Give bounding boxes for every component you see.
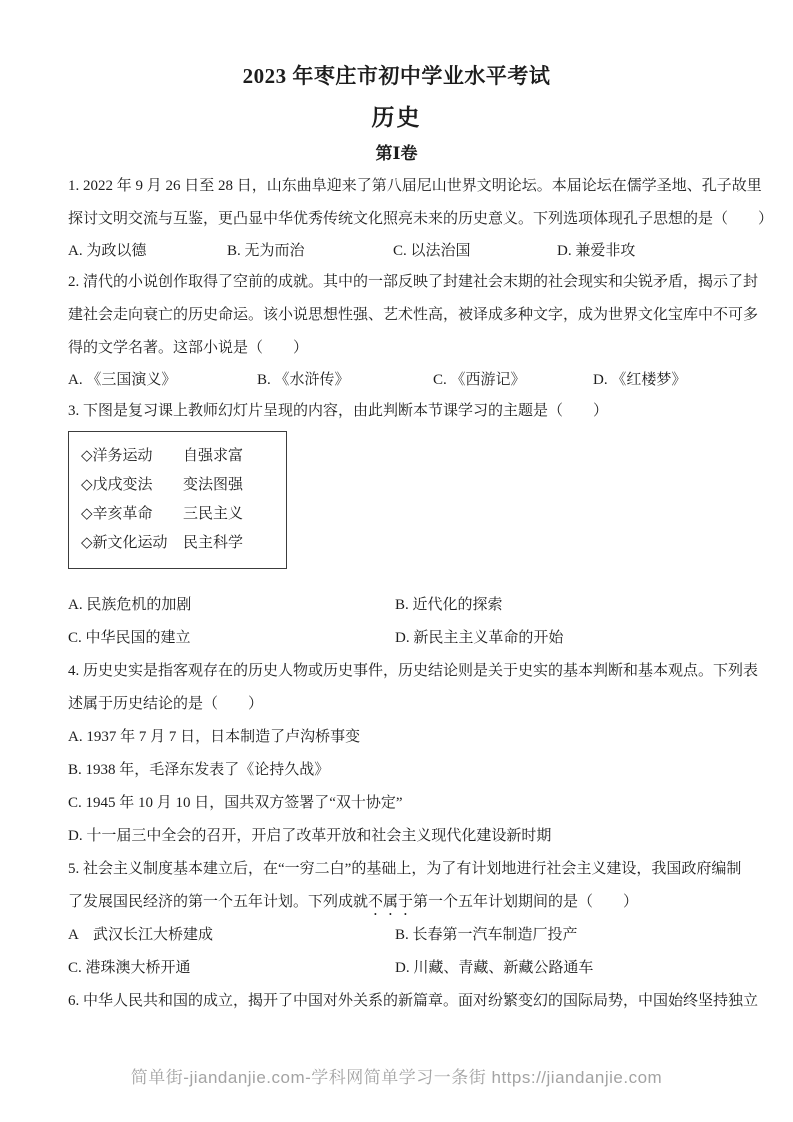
question-5-option-a: A 武汉长江大桥建成 <box>68 919 395 952</box>
question-4-option-c: C. 1945 年 10 月 10 日，国共双方签署了“双十协定” <box>68 787 730 820</box>
question-5-option-c: C. 港珠澳大桥开通 <box>68 952 395 985</box>
slide-theme-label: 三民主义 <box>183 500 286 529</box>
slide-event: ◇新文化运动 <box>81 529 183 558</box>
watermark-footer: 简单街-jiandanjie.com-学科网简单学习一条街 https://ji… <box>0 1063 793 1088</box>
diamond-bullet-icon: ◇ <box>81 506 93 522</box>
question-5-option-b: B. 长春第一汽车制造厂投产 <box>395 919 730 952</box>
question-5-text-pre: 了发展国民经济的第一个五年计划。下列成就 <box>68 886 368 919</box>
question-4-option-a: A. 1937 年 7 月 7 日，日本制造了卢沟桥事变 <box>68 721 730 754</box>
question-3-option-b: B. 近代化的探索 <box>395 589 730 622</box>
question-2-option-a: A. 《三国演义》 <box>68 365 257 395</box>
question-6: 6. 中华人民共和国的成立，揭开了中国对外关系的新篇章。面对纷繁变幻的国际局势，… <box>68 985 730 1018</box>
slide-row-wuxu: ◇戊戌变法 变法图强 <box>81 471 286 500</box>
slide-event: ◇洋务运动 <box>81 442 183 471</box>
question-3-text-line-1: 3. 下图是复习课上教师幻灯片呈现的内容，由此判断本节课学习的主题是（ ） <box>68 395 730 428</box>
question-3-option-c: C. 中华民国的建立 <box>68 622 395 655</box>
exam-paper-page: 2023 年枣庄市初中学业水平考试 历史 第Ⅰ卷 1. 2022 年 9 月 2… <box>0 0 793 1122</box>
question-1-option-a: A. 为政以德 <box>68 236 227 266</box>
question-5-options-row-2: C. 港珠澳大桥开通 D. 川藏、青藏、新藏公路通车 <box>68 952 730 985</box>
exam-header: 2023 年枣庄市初中学业水平考试 历史 第Ⅰ卷 <box>0 0 793 164</box>
slide-row-yangwu: ◇洋务运动 自强求富 <box>81 442 286 471</box>
exam-subject: 历史 <box>0 99 793 132</box>
question-2-options: A. 《三国演义》 B. 《水浒传》 C. 《西游记》 D. 《红楼梦》 <box>68 365 730 395</box>
exam-body: 1. 2022 年 9 月 26 日至 28 日，山东曲阜迎来了第八届尼山世界文… <box>68 170 730 1018</box>
question-1: 1. 2022 年 9 月 26 日至 28 日，山东曲阜迎来了第八届尼山世界文… <box>68 170 730 266</box>
question-5: 5. 社会主义制度基本建立后，在“一穷二白”的基础上，为了有计划地进行社会主义建… <box>68 853 730 985</box>
slide-event-label: 辛亥革命 <box>93 506 153 522</box>
diamond-bullet-icon: ◇ <box>81 477 93 493</box>
question-5-emphasized-text: 不属于 <box>368 886 413 919</box>
question-2-text-line-1: 2. 清代的小说创作取得了空前的成就。其中的一部反映了封建社会末期的社会现实和尖… <box>68 266 730 299</box>
question-1-option-b: B. 无为而治 <box>227 236 393 266</box>
exam-title: 2023 年枣庄市初中学业水平考试 <box>0 60 793 90</box>
slide-event-label: 戊戌变法 <box>93 477 153 493</box>
question-1-option-d: D. 兼爱非攻 <box>557 236 730 266</box>
question-6-text-line-1: 6. 中华人民共和国的成立，揭开了中国对外关系的新篇章。面对纷繁变幻的国际局势，… <box>68 985 730 1018</box>
question-4-text-line-2: 述属于历史结论的是（ ） <box>68 688 730 721</box>
question-4-text-line-1: 4. 历史史实是指客观存在的历史人物或历史事件，历史结论则是关于史实的基本判断和… <box>68 655 730 688</box>
question-5-text-post: 第一个五年计划期间的是（ ） <box>413 886 638 919</box>
question-5-text-line-1: 5. 社会主义制度基本建立后，在“一穷二白”的基础上，为了有计划地进行社会主义建… <box>68 853 730 886</box>
question-4: 4. 历史史实是指客观存在的历史人物或历史事件，历史结论则是关于史实的基本判断和… <box>68 655 730 853</box>
slide-event-label: 洋务运动 <box>93 448 153 464</box>
question-3-option-d: D. 新民主主义革命的开始 <box>395 622 730 655</box>
slide-theme-label: 变法图强 <box>183 471 286 500</box>
question-2-text-line-3: 得的文学名著。这部小说是（ ） <box>68 332 730 365</box>
question-2: 2. 清代的小说创作取得了空前的成就。其中的一部反映了封建社会末期的社会现实和尖… <box>68 266 730 395</box>
question-4-option-d: D. 十一届三中全会的召开，开启了改革开放和社会主义现代化建设新时期 <box>68 820 730 853</box>
question-5-options-row-1: A 武汉长江大桥建成 B. 长春第一汽车制造厂投产 <box>68 919 730 952</box>
slide-row-xinwenhua: ◇新文化运动 民主科学 <box>81 529 286 558</box>
slide-content-box: ◇洋务运动 自强求富 ◇戊戌变法 变法图强 ◇辛亥革命 三民主义 ◇新文化运动 … <box>68 431 287 569</box>
question-1-text-line-2: 探讨文明交流与互鉴，更凸显中华优秀传统文化照亮未来的历史意义。下列选项体现孔子思… <box>68 203 730 236</box>
question-1-option-c: C. 以法治国 <box>393 236 557 266</box>
slide-event: ◇戊戌变法 <box>81 471 183 500</box>
question-5-option-d: D. 川藏、青藏、新藏公路通车 <box>395 952 730 985</box>
watermark-text: 简单街-jiandanjie.com-学科网简单学习一条街 https://ji… <box>131 1068 662 1087</box>
question-3-options-row-2: C. 中华民国的建立 D. 新民主主义革命的开始 <box>68 622 730 655</box>
question-2-option-c: C. 《西游记》 <box>433 365 593 395</box>
question-3-options-row-1: A. 民族危机的加剧 B. 近代化的探索 <box>68 589 730 622</box>
question-1-text-line-1: 1. 2022 年 9 月 26 日至 28 日，山东曲阜迎来了第八届尼山世界文… <box>68 170 730 203</box>
question-2-text-line-2: 建社会走向衰亡的历史命运。该小说思想性强、艺术性高，被译成多种文字，成为世界文化… <box>68 299 730 332</box>
slide-theme-label: 自强求富 <box>183 442 286 471</box>
diamond-bullet-icon: ◇ <box>81 448 93 464</box>
slide-theme-label: 民主科学 <box>183 529 286 558</box>
slide-event-label: 新文化运动 <box>93 535 168 551</box>
question-2-option-b: B. 《水浒传》 <box>257 365 433 395</box>
slide-event: ◇辛亥革命 <box>81 500 183 529</box>
question-4-option-b: B. 1938 年，毛泽东发表了《论持久战》 <box>68 754 730 787</box>
question-3-option-a: A. 民族危机的加剧 <box>68 589 395 622</box>
slide-row-xinhai: ◇辛亥革命 三民主义 <box>81 500 286 529</box>
diamond-bullet-icon: ◇ <box>81 535 93 551</box>
question-2-option-d: D. 《红楼梦》 <box>593 365 730 395</box>
question-3: 3. 下图是复习课上教师幻灯片呈现的内容，由此判断本节课学习的主题是（ ） ◇洋… <box>68 395 730 655</box>
question-1-options: A. 为政以德 B. 无为而治 C. 以法治国 D. 兼爱非攻 <box>68 236 730 266</box>
exam-section-heading: 第Ⅰ卷 <box>0 139 793 164</box>
question-5-text-line-2: 了发展国民经济的第一个五年计划。下列成就不属于第一个五年计划期间的是（ ） <box>68 886 730 919</box>
whitespace-gap <box>68 569 730 589</box>
